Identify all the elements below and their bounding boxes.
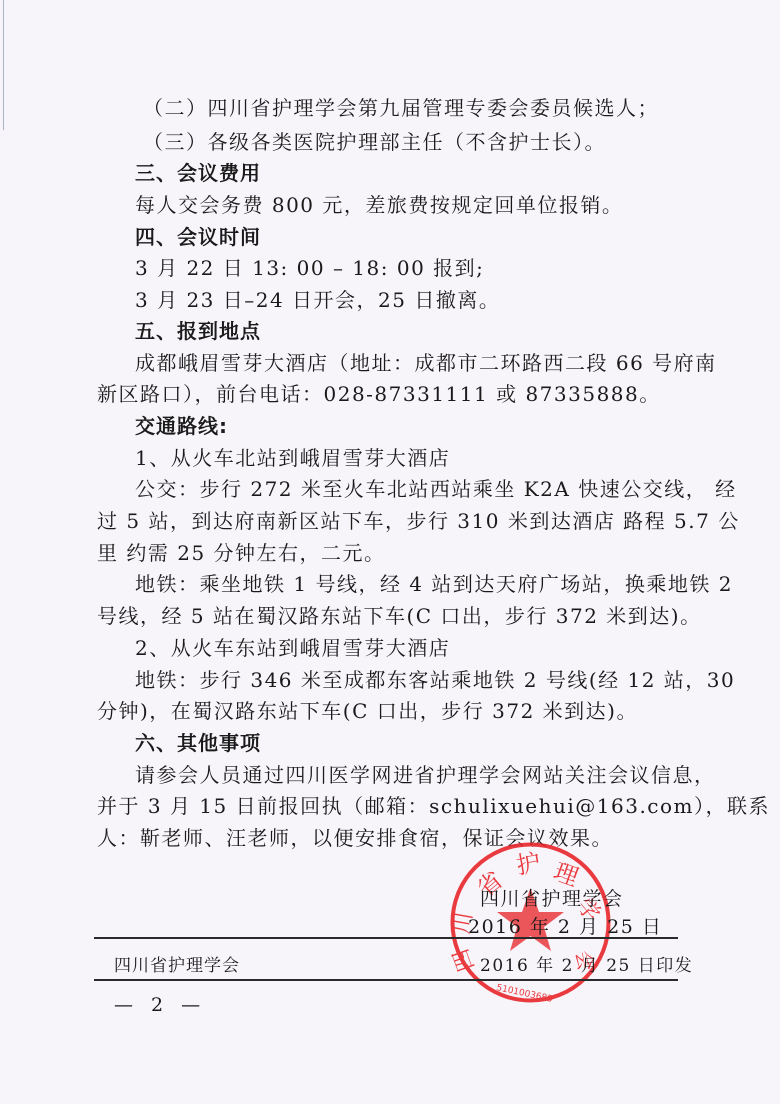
svg-text:四: 四 — [449, 945, 480, 974]
body-text-line: 地铁：步行 346 米至成都东客站乘地铁 2 号线(经 12 站，30 — [135, 668, 735, 692]
footer-issuer: 四川省护理学会 — [114, 951, 240, 976]
signature-date: 2016 年 2 月 25 日 — [468, 912, 662, 939]
body-text-line: 新区路口），前台电话：028-87331111 或 87335888。 — [97, 382, 661, 406]
signature-org: 四川省护理学会 — [480, 884, 624, 911]
body-text-line: 地铁：乘坐地铁 1 号线，经 4 站到达天府广场站，换乘地铁 2 — [135, 572, 733, 596]
body-text-line: 成都峨眉雪芽大酒店（地址：成都市二环路西二段 66 号府南 — [135, 351, 717, 375]
page-number: — 2 — — [114, 994, 206, 1016]
body-text-line: 并于 3 月 15 日前报回执（邮箱：schulixuehui@163.com）… — [97, 794, 770, 818]
body-text-line: 每人交会务费 800 元，差旅费按规定回单位报销。 — [135, 193, 623, 217]
body-text-line: 分钟)，在蜀汉路东站下车(C 口出，步行 372 米到达)。 — [97, 699, 638, 723]
body-text-line: 请参会人员通过四川医学网进省护理学会网站关注会议信息， — [135, 763, 716, 787]
body-text-line: （二）四川省护理学会第九届管理专委会委员候选人； — [143, 96, 659, 120]
body-text-line: 里 约需 25 分钟左右，二元。 — [97, 541, 386, 565]
section-heading: 六、其他事项 — [135, 731, 261, 755]
svg-text:护: 护 — [514, 848, 542, 880]
body-text-line: 2、从火车东站到峨眉雪芽大酒店 — [135, 636, 450, 660]
footer-rule-bottom — [94, 979, 678, 981]
footer-issue-date: 2016 年 2 月 25 日印发 — [480, 951, 693, 976]
body-text-line: 号线，经 5 站在蜀汉路东站下车(C 口出，步行 372 米到达)。 — [97, 604, 702, 628]
body-text-line: 过 5 站，到达府南新区站下车，步行 310 米到达酒店 路程 5.7 公 — [97, 509, 740, 533]
body-text-line: （三）各级各类医院护理部主任（不含护士长）。 — [143, 130, 606, 154]
section-heading: 四、会议时间 — [135, 225, 261, 249]
document-page: （二）四川省护理学会第九届管理专委会委员候选人；（三）各级各类医院护理部主任（不… — [0, 0, 780, 1104]
section-heading: 三、会议费用 — [135, 161, 261, 185]
scan-edge — [3, 0, 4, 130]
body-text-line: 3 月 22 日 13: 00 – 18: 00 报到; — [135, 256, 484, 280]
body-text-line: 1、从火车北站到峨眉雪芽大酒店 — [135, 446, 450, 470]
section-heading: 五、报到地点 — [135, 319, 261, 343]
body-text-line: 公交：步行 272 米至火车北站西站乘坐 K2A 快速公交线， 经 — [135, 477, 737, 501]
body-text-line: 3 月 23 日–24 日开会，25 日撤离。 — [135, 288, 500, 312]
section-heading: 交通路线: — [135, 414, 228, 438]
